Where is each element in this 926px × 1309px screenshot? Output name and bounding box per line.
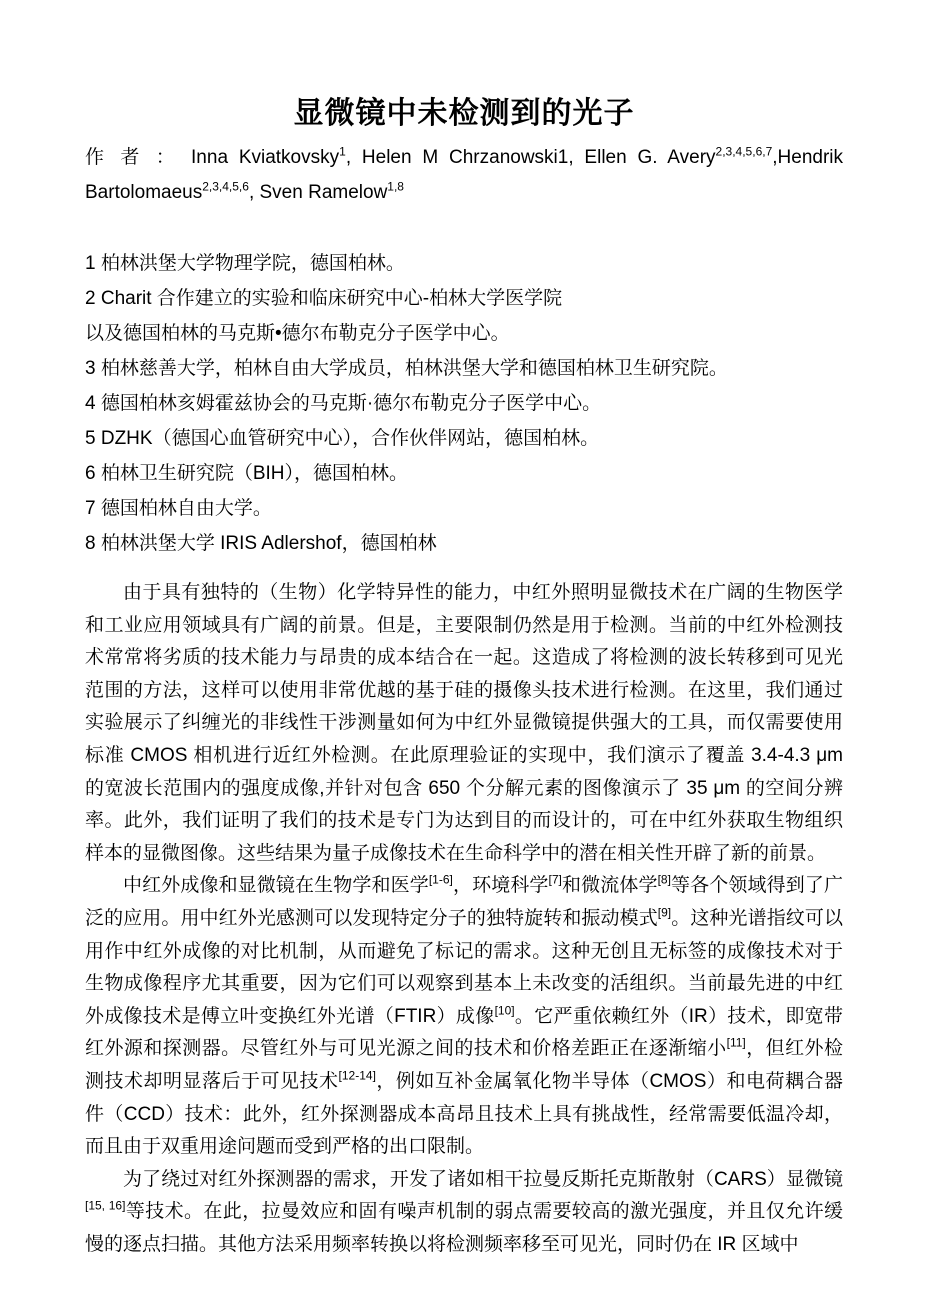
affiliation-line-3: 3 柏林慈善大学，柏林自由大学成员，柏林洪堡大学和德国柏林卫生研究院。 [85, 351, 843, 386]
affiliation-line-2: 2 Charit 合作建立的实验和临床研究中心-柏林大学医学院 [85, 281, 843, 316]
affiliation-line-5: 5 DZHK（德国心血管研究中心），合作伙伴网站，德国柏林。 [85, 421, 843, 456]
affiliation-line-1: 1 柏林洪堡大学物理学院，德国柏林。 [85, 246, 843, 281]
affiliation-list: 1 柏林洪堡大学物理学院，德国柏林。 2 Charit 合作建立的实验和临床研究… [85, 246, 843, 561]
affiliation-line-8: 8 柏林洪堡大学 IRIS Adlershof，德国柏林 [85, 526, 843, 561]
affiliation-line-4: 4 德国柏林亥姆霍兹协会的马克斯·德尔布勒克分子医学中心。 [85, 386, 843, 421]
affiliation-line-7: 7 德国柏林自由大学。 [85, 491, 843, 526]
author-line: 作 者 ： Inna Kviatkovsky1, Helen M Chrzano… [85, 140, 843, 210]
body-text: 由于具有独特的（生物）化学特异性的能力，中红外照明显微技术在广阔的生物医学和工业… [85, 577, 843, 1261]
affiliation-line-2b: 以及德国柏林的马克斯•德尔布勒克分子医学中心。 [85, 316, 843, 351]
affiliation-line-6: 6 柏林卫生研究院（BIH），德国柏林。 [85, 456, 843, 491]
body-paragraph-1: 中红外成像和显微镜在生物学和医学[1-6]，环境科学[7]和微流体学[8]等各个… [85, 870, 843, 1163]
abstract-paragraph: 由于具有独特的（生物）化学特异性的能力，中红外照明显微技术在广阔的生物医学和工业… [85, 577, 843, 870]
paper-title: 显微镜中未检测到的光子 [85, 94, 843, 134]
body-paragraph-2: 为了绕过对红外探测器的需求，开发了诸如相干拉曼反斯托克斯散射（CARS）显微镜[… [85, 1164, 843, 1262]
document-page: 显微镜中未检测到的光子 作 者 ： Inna Kviatkovsky1, Hel… [0, 0, 926, 1309]
